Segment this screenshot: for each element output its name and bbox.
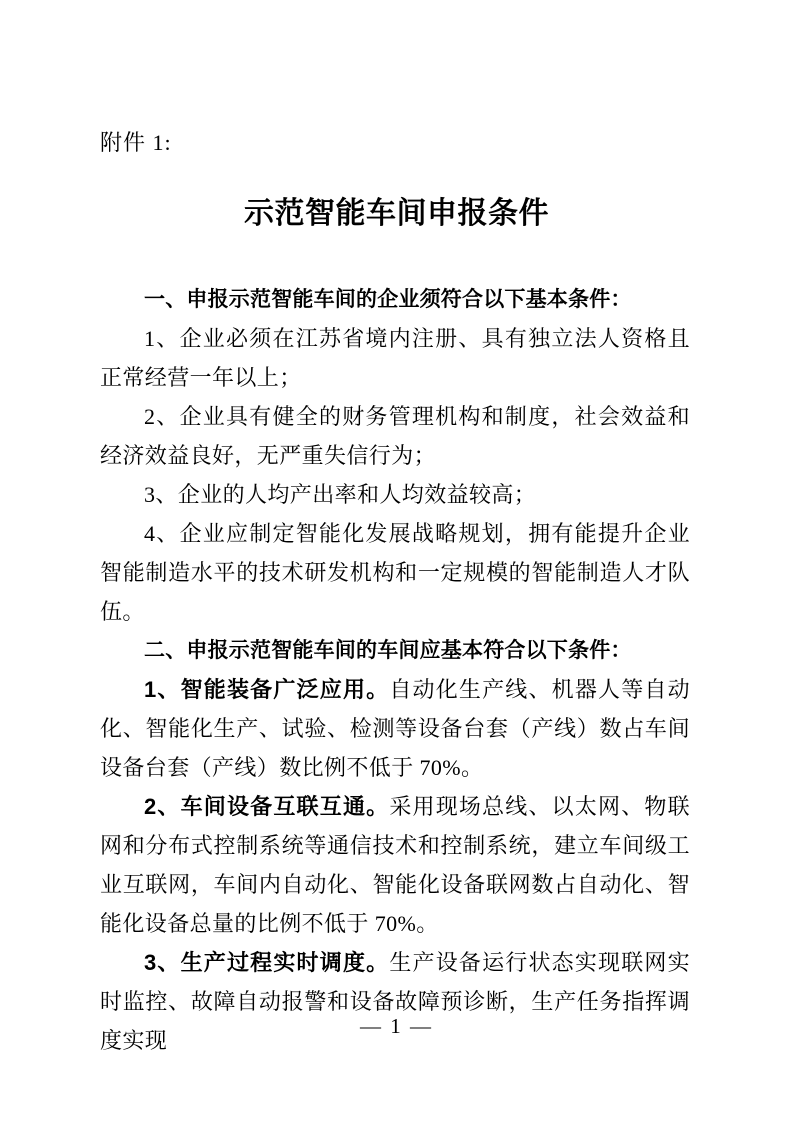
document-title: 示范智能车间申报条件	[0, 194, 793, 234]
section-1-item-3: 3、企业的人均产出率和人均效益较高；	[100, 475, 690, 514]
section-2-item-3: 3、生产过程实时调度。生产设备运行状态实现联网实时监控、故障自动报警和设备故障预…	[100, 943, 690, 1060]
section-1-item-1: 1、企业必须在江苏省境内注册、具有独立法人资格且正常经营一年以上；	[100, 319, 690, 397]
section-2-item-3-lead: 3、生产过程实时调度。	[144, 950, 389, 975]
section-2-item-1-lead: 1、智能装备广泛应用。	[144, 677, 389, 702]
section-2-heading: 二、申报示范智能车间的车间应基本符合以下条件：	[100, 631, 690, 670]
section-2-item-2-lead: 2、车间设备互联互通。	[144, 794, 389, 819]
document-body: 一、申报示范智能车间的企业须符合以下基本条件： 1、企业必须在江苏省境内注册、具…	[100, 280, 690, 1060]
attachment-label: 附件 1:	[100, 128, 172, 158]
section-1-item-2: 2、企业具有健全的财务管理机构和制度，社会效益和经济效益良好，无严重失信行为；	[100, 397, 690, 475]
section-2-item-1: 1、智能装备广泛应用。自动化生产线、机器人等自动化、智能化生产、试验、检测等设备…	[100, 670, 690, 787]
section-2-item-2: 2、车间设备互联互通。采用现场总线、以太网、物联网和分布式控制系统等通信技术和控…	[100, 787, 690, 943]
page-number: — 1 —	[0, 1012, 793, 1040]
document-page: 附件 1: 示范智能车间申报条件 一、申报示范智能车间的企业须符合以下基本条件：…	[0, 0, 793, 1122]
section-1-item-4: 4、企业应制定智能化发展战略规划，拥有能提升企业智能制造水平的技术研发机构和一定…	[100, 514, 690, 631]
section-1-heading: 一、申报示范智能车间的企业须符合以下基本条件：	[100, 280, 690, 319]
